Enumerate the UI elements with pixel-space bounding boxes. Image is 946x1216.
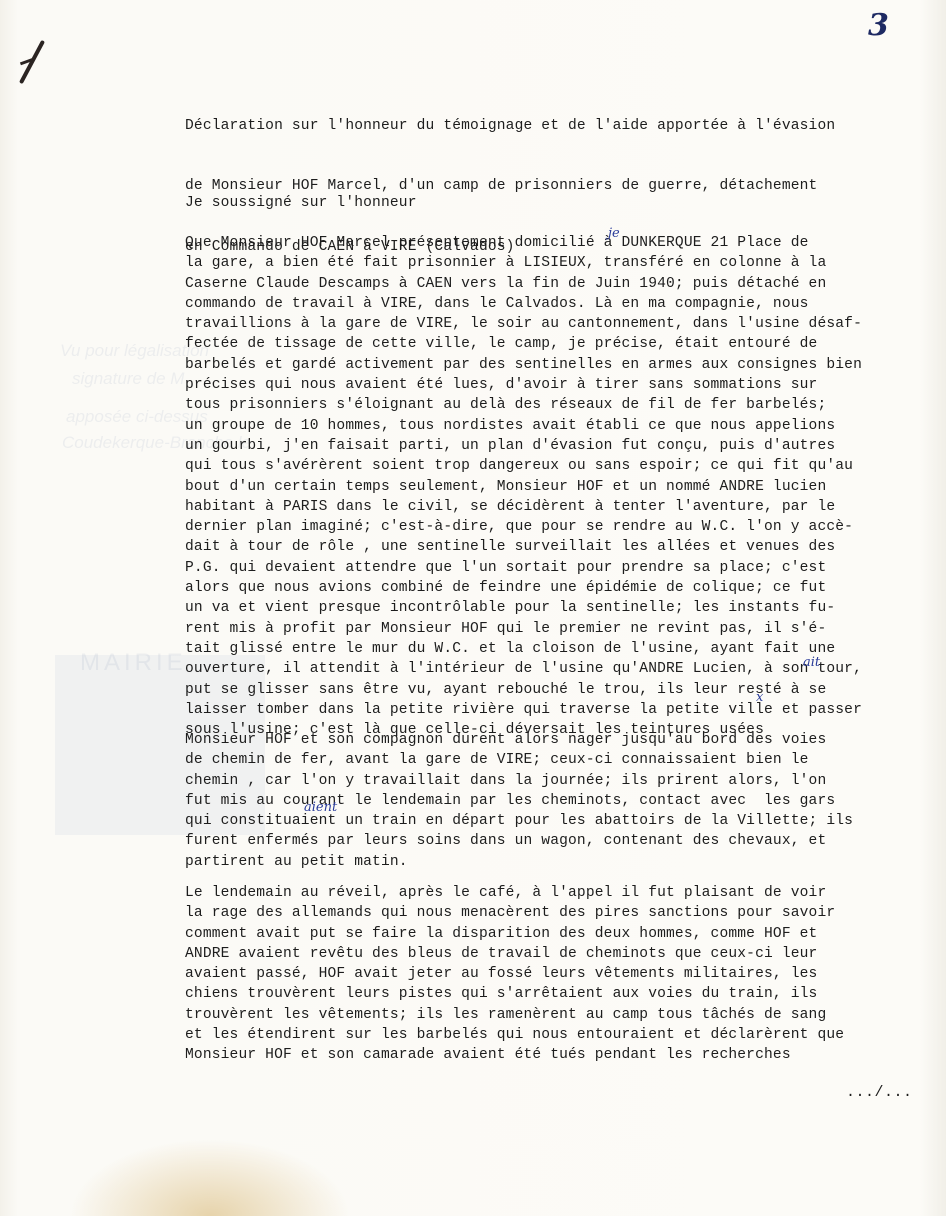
- text-line: trouvèrent les vêtements; ils les ramenè…: [185, 1005, 925, 1025]
- text-line: précises qui nous avaient été lues, d'av…: [185, 375, 925, 395]
- text-line: dait à tour de rôle , une sentinelle sur…: [185, 537, 925, 557]
- handwritten-annotation: je: [608, 226, 620, 241]
- text-line: barbelés et gardé activement par des sen…: [185, 355, 925, 375]
- text-line: dernier plan imaginé; c'est-à-dire, que …: [185, 517, 925, 537]
- text-line: rent mis à profit par Monsieur HOF qui l…: [185, 619, 925, 639]
- document-page: Vu pour légalisation signature de M appo…: [0, 0, 946, 1216]
- text-line: furent enfermés par leurs soins dans un …: [185, 831, 925, 851]
- text-line: un va et vient presque incontrôlable pou…: [185, 598, 925, 618]
- title-line: Déclaration sur l'honneur du témoignage …: [185, 116, 925, 136]
- paragraph-3: Le lendemain au réveil, après le café, à…: [185, 883, 925, 1066]
- bleed-through-line: signature de M: [72, 366, 184, 392]
- text-line: P.G. qui devaient attendre que l'un sort…: [185, 558, 925, 578]
- text-line: Caserne Claude Descamps à CAEN vers la f…: [185, 274, 925, 294]
- text-line: comment avait put se faire la disparitio…: [185, 924, 925, 944]
- handwritten-page-number: 3: [868, 8, 889, 43]
- paragraph-2: Monsieur HOF et son compagnon durent alo…: [185, 730, 925, 872]
- handwritten-annotation: ait: [803, 655, 820, 670]
- text-line: partirent au petit matin.: [185, 852, 925, 872]
- text-line: put se glisser sans être vu, ayant rebou…: [185, 680, 925, 700]
- text-line: de chemin de fer, avant la gare de VIRE;…: [185, 750, 925, 770]
- text-line: la gare, a bien été fait prisonnier à LI…: [185, 253, 925, 273]
- text-line: habitant à PARIS dans le civil, se décid…: [185, 497, 925, 517]
- text-line: chemin , car l'on y travaillait dans la …: [185, 771, 925, 791]
- text-line: qui tous s'avérèrent soient trop dangere…: [185, 456, 925, 476]
- text-line: travaillions à la gare de VIRE, le soir …: [185, 314, 925, 334]
- text-line: fectée de tissage de cette ville, le cam…: [185, 334, 925, 354]
- text-line: Monsieur HOF et son compagnon durent alo…: [185, 730, 925, 750]
- text-line: alors que nous avions combiné de feindre…: [185, 578, 925, 598]
- text-line: fut mis au courant le lendemain par les …: [185, 791, 925, 811]
- text-line: tous prisonniers s'éloignant au delà des…: [185, 395, 925, 415]
- text-line: commando de travail à VIRE, dans le Calv…: [185, 294, 925, 314]
- continuation-mark: .../...: [846, 1084, 913, 1101]
- text-line: un gourbi, j'en faisait parti, un plan d…: [185, 436, 925, 456]
- handwritten-annotation: aient: [304, 800, 337, 815]
- text-line: qui constituaient un train en départ pou…: [185, 811, 925, 831]
- text-line: bout d'un certain temps seulement, Monsi…: [185, 477, 925, 497]
- text-line: avaient passé, HOF avait jeter au fossé …: [185, 964, 925, 984]
- text-line: Le lendemain au réveil, après le café, à…: [185, 883, 925, 903]
- text-line: ANDRE avaient revêtu des bleus de travai…: [185, 944, 925, 964]
- text-line: Monsieur HOF et son camarade avaient été…: [185, 1045, 925, 1065]
- text-line: la rage des allemands qui nous menacèren…: [185, 903, 925, 923]
- text-line: un groupe de 10 hommes, tous nordistes a…: [185, 416, 925, 436]
- text-line: laisser tomber dans la petite rivière qu…: [185, 700, 925, 720]
- text-line: Que Monsieur HOF Marcel présentement dom…: [185, 233, 925, 253]
- intro-statement: Je soussigné sur l'honneur: [185, 193, 925, 213]
- handwritten-annotation: x: [756, 690, 763, 705]
- text-line: et les étendirent sur les barbelés qui n…: [185, 1025, 925, 1045]
- text-line: chiens trouvèrent leurs pistes qui s'arr…: [185, 984, 925, 1004]
- bleed-through-line: MAIRIE: [80, 650, 187, 676]
